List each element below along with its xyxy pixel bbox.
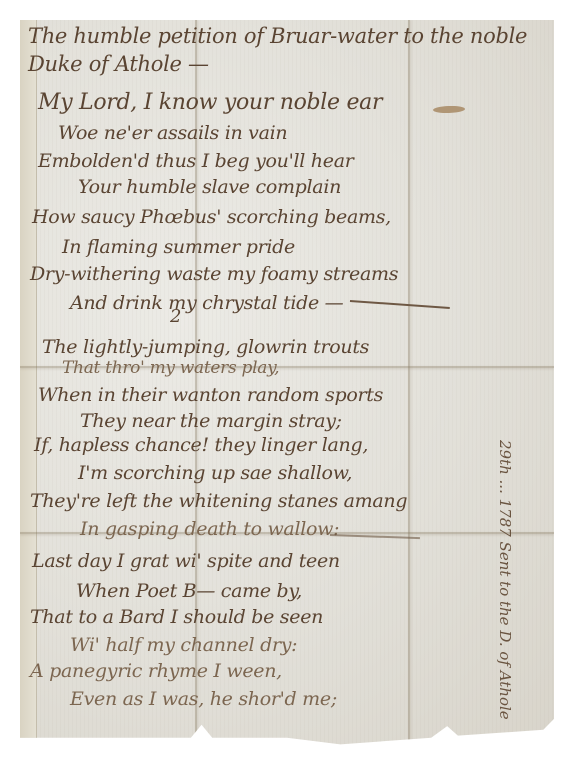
title-line-2: Duke of Athole — bbox=[28, 52, 209, 76]
poem-line: Wi' half my channel dry: bbox=[70, 634, 297, 656]
poem-line: My Lord, I know your noble ear bbox=[38, 90, 382, 115]
poem-line: Woe ne'er assails in vain bbox=[58, 122, 287, 144]
poem-line: When in their wanton random sports bbox=[38, 384, 383, 406]
poem-line: In gasping death to wallow: bbox=[80, 518, 339, 540]
poem-line: Dry-withering waste my foamy streams bbox=[30, 263, 398, 285]
title-line-1: The humble petition of Bruar-water to th… bbox=[28, 24, 527, 48]
poem-line: The lightly-jumping, glowrin trouts bbox=[42, 336, 369, 358]
margin-annotation: 29th ... 1787 Sent to the D. of Athole bbox=[496, 440, 514, 720]
poem-line: A panegyric rhyme I ween, bbox=[30, 660, 282, 682]
poem-line: In flaming summer pride bbox=[62, 236, 295, 258]
paper-edge-strip bbox=[20, 20, 37, 748]
poem-line: I'm scorching up sae shallow, bbox=[78, 462, 352, 484]
poem-line: That to a Bard I should be seen bbox=[30, 606, 323, 628]
poem-line: That thro' my waters play, bbox=[62, 358, 279, 378]
stanza-number: 2 bbox=[170, 306, 181, 327]
poem-line: Even as I was, he shor'd me; bbox=[70, 688, 337, 710]
fold-line-vertical bbox=[408, 20, 410, 748]
poem-line: Last day I grat wi' spite and teen bbox=[32, 550, 340, 572]
poem-line: Your humble slave complain bbox=[78, 176, 341, 198]
poem-line: They near the margin stray; bbox=[80, 410, 342, 432]
poem-line: Embolden'd thus I beg you'll hear bbox=[38, 150, 354, 172]
poem-line: How saucy Phœbus' scorching beams, bbox=[32, 206, 391, 228]
poem-line: If, hapless chance! they linger lang, bbox=[34, 434, 368, 456]
poem-line: And drink my chrystal tide — bbox=[70, 292, 343, 314]
poem-line: When Poet B— came by, bbox=[76, 580, 302, 602]
poem-line: They're left the whitening stanes amang bbox=[30, 490, 407, 512]
